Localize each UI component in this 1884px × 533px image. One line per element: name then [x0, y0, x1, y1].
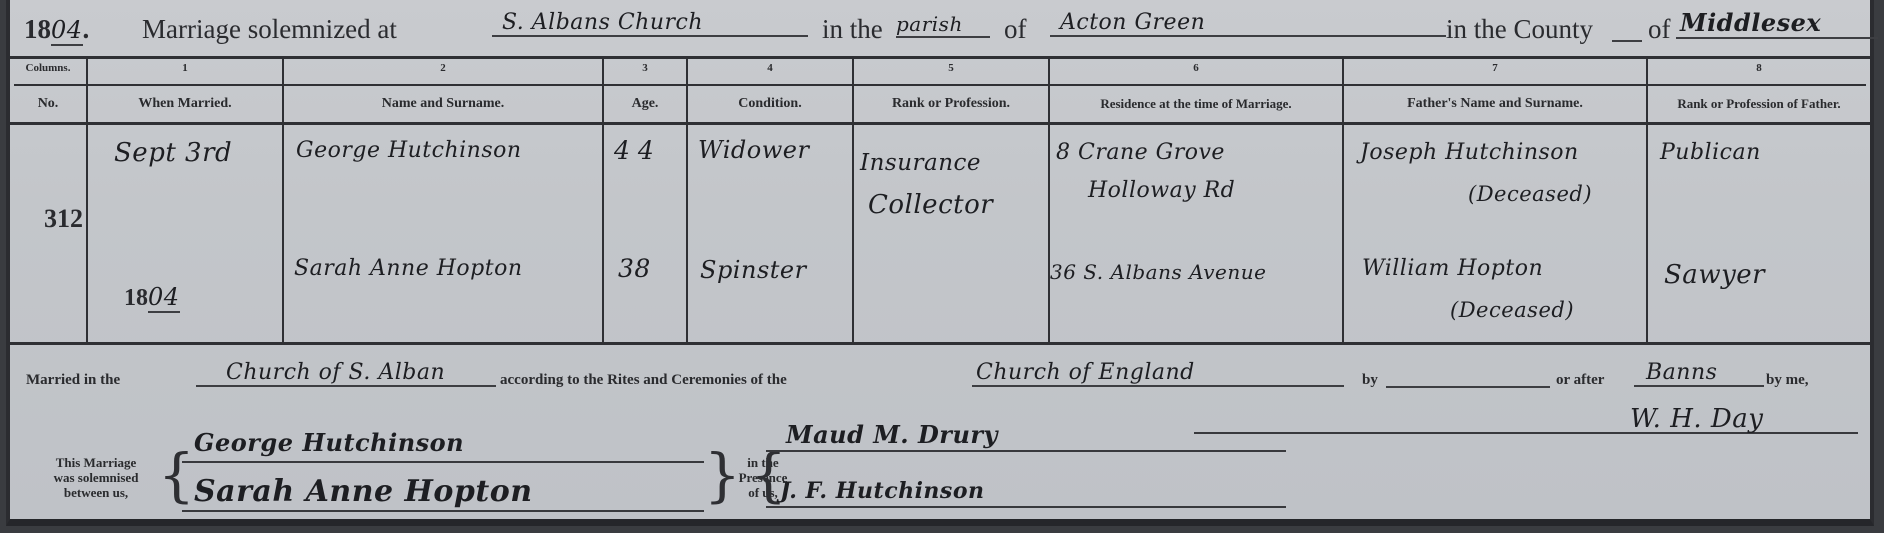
groom-residence-line1: 8 Crane Grove	[1056, 140, 1225, 165]
place-of-marriage: S. Albans Church	[492, 10, 808, 37]
groom-father-name: Joseph Hutchinson	[1360, 140, 1579, 165]
table-bottom-rule	[10, 342, 1870, 345]
col-number: 2	[284, 62, 602, 74]
col-number: 6	[1050, 62, 1342, 74]
col-header-name: Name and Surname.	[284, 96, 602, 112]
district-type: parish	[896, 12, 990, 38]
col-number: 1	[88, 62, 282, 74]
by-blank	[1386, 372, 1550, 388]
left-brace: {	[158, 446, 195, 504]
bride-father-name: William Hopton	[1362, 256, 1543, 281]
bride-age: 38	[618, 254, 651, 283]
witness-1-line	[766, 450, 1286, 452]
witness-2-line	[766, 506, 1286, 508]
marriage-certificate: 1804. Marriage solemnized at S. Albans C…	[6, 0, 1874, 526]
bride-name: Sarah Anne Hopton	[294, 256, 523, 281]
witness-2-signature: J. F. Hutchinson	[780, 478, 985, 504]
bride-residence: 36 S. Albans Avenue	[1050, 260, 1266, 284]
col-number: 5	[854, 62, 1048, 74]
col-number: 4	[688, 62, 852, 74]
county-name: Middlesex	[1676, 8, 1878, 39]
bride-condition: Spinster	[700, 256, 807, 284]
when-married-date: Sept 3rd	[114, 138, 232, 168]
col-number: 8	[1648, 62, 1870, 74]
col-header-father-name: Father's Name and Surname.	[1344, 96, 1646, 112]
label-or-after: or after	[1556, 372, 1604, 389]
col-header-condition: Condition.	[688, 96, 852, 112]
label-of-county: of	[1648, 14, 1671, 45]
label-married-in: Married in the	[26, 372, 120, 389]
col-header-residence: Residence at the time of Marriage.	[1050, 96, 1342, 112]
after-value: Banns	[1634, 360, 1764, 387]
bride-signature-line	[182, 510, 704, 512]
col-header-profession: Rank or Profession.	[854, 96, 1048, 112]
groom-profession-line2: Collector	[868, 190, 993, 220]
header-year: 1804.	[24, 14, 89, 45]
groom-residence-line2: Holloway Rd	[1088, 178, 1235, 203]
groom-signature-line	[182, 461, 704, 463]
label-by-me: by me,	[1766, 372, 1809, 389]
district-name: Acton Green	[1050, 10, 1446, 37]
label-by: by	[1362, 372, 1378, 389]
col-number: 7	[1344, 62, 1646, 74]
label-solemnised: This Marriage was solemnised between us,	[36, 455, 156, 500]
year-printed: 18	[24, 14, 51, 44]
col-header-no: No.	[10, 96, 86, 112]
col-number: 3	[604, 62, 686, 74]
col-header-father-profession: Rank or Profession of Father.	[1648, 96, 1870, 112]
header-row-rule	[10, 122, 1870, 125]
bride-father-profession: Sawyer	[1664, 260, 1765, 290]
bride-father-note: (Deceased)	[1450, 298, 1574, 322]
year-handwritten: 04	[51, 16, 83, 46]
col-header-when-married: When Married.	[88, 96, 282, 112]
col-header-age: Age.	[604, 96, 686, 112]
groom-condition: Widower	[698, 136, 809, 164]
label-county: in the County	[1446, 14, 1593, 45]
officiant-signature: W. H. Day	[1630, 404, 1763, 434]
groom-age: 44	[614, 136, 662, 165]
label-rites: according to the Rites and Ceremonies of…	[500, 372, 787, 389]
county-dash	[1612, 40, 1642, 42]
groom-profession-line1: Insurance	[860, 150, 981, 176]
number-row-rule	[14, 84, 1866, 86]
label-of: of	[1004, 14, 1027, 45]
label-solemnized: Marriage solemnized at	[142, 14, 397, 45]
table-top-rule	[10, 56, 1870, 59]
label-in-the: in the	[822, 14, 883, 45]
col-number: Columns.	[10, 62, 86, 74]
denomination: Church of England	[972, 360, 1344, 387]
church-name: Church of S. Alban	[196, 360, 496, 387]
when-married-year: 1804	[124, 282, 180, 312]
groom-signature: George Hutchinson	[194, 428, 464, 457]
witness-1-signature: Maud M. Drury	[786, 420, 998, 449]
bride-signature: Sarah Anne Hopton	[194, 474, 533, 509]
entry-number: 312	[44, 204, 83, 234]
groom-name: George Hutchinson	[296, 138, 522, 163]
groom-father-profession: Publican	[1660, 140, 1761, 165]
groom-father-note: (Deceased)	[1468, 182, 1592, 206]
